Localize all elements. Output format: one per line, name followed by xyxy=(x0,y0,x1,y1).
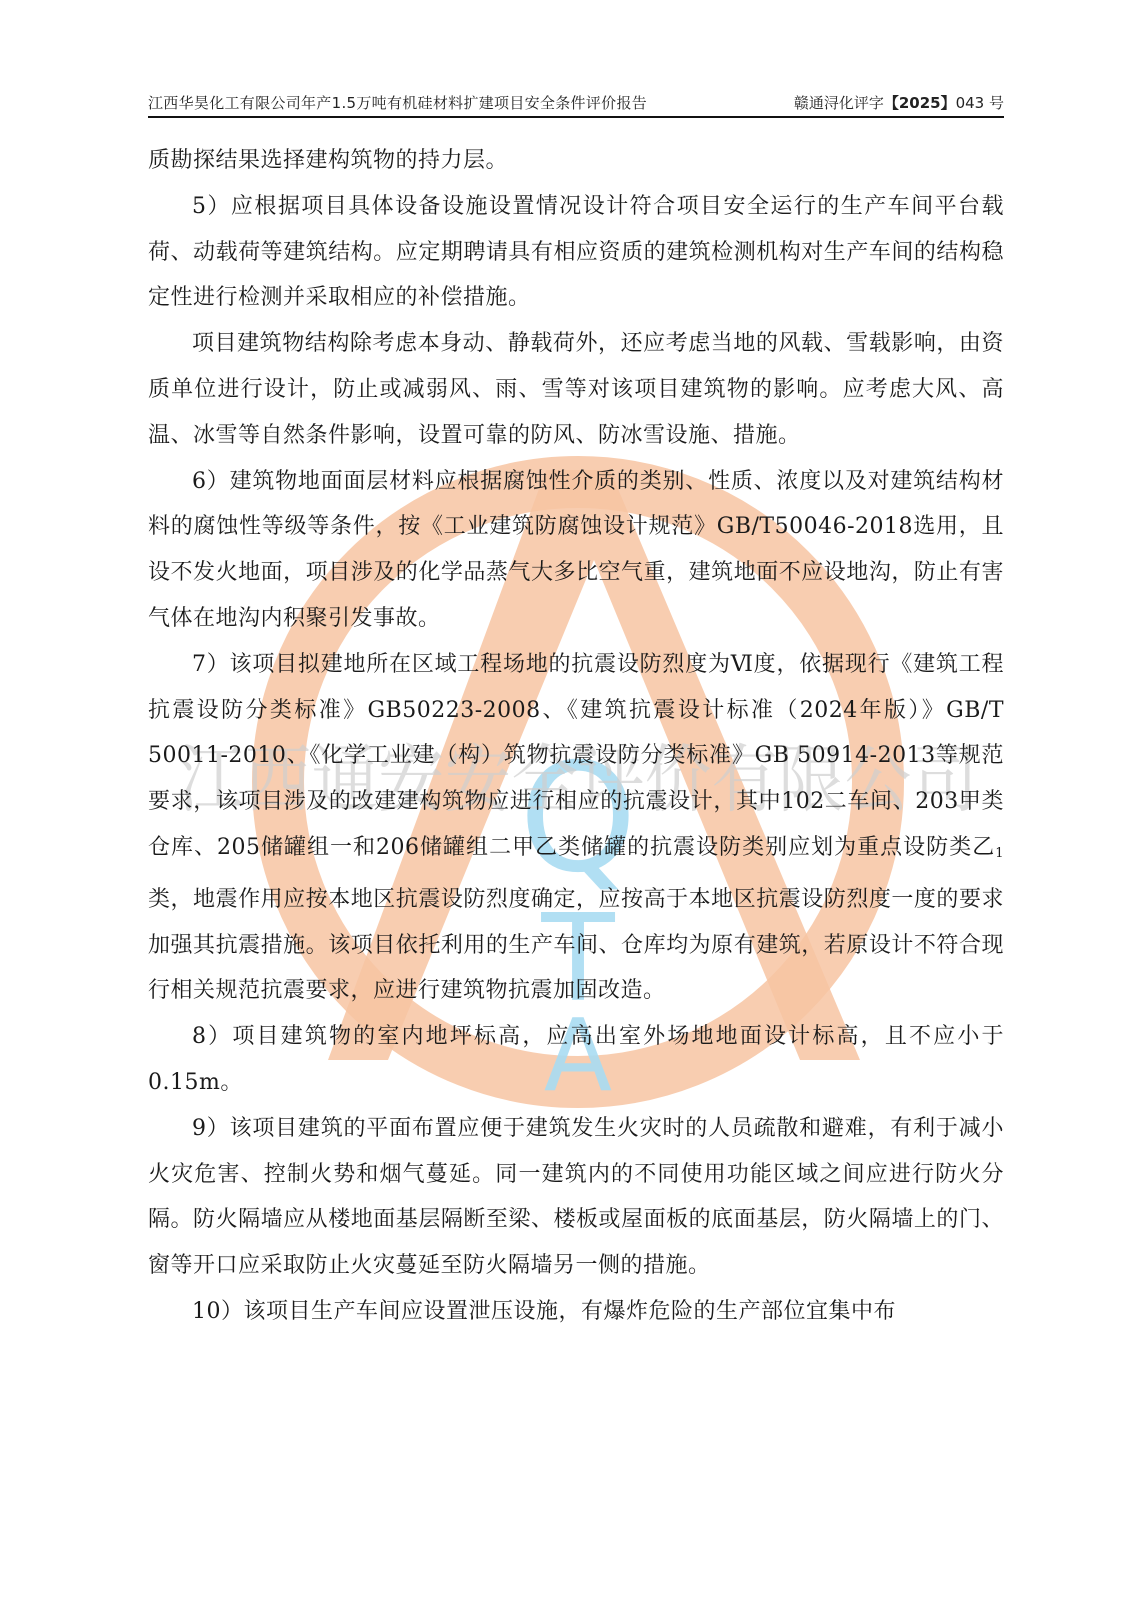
doc-number-prefix: 赣通浔化评字 xyxy=(794,94,884,112)
paragraph-item-10: 10）该项目生产车间应设置泄压设施，有爆炸危险的生产部位宜集中布 xyxy=(148,1289,1004,1335)
item-7-text-a: 7）该项目拟建地所在区域工程场地的抗震设防烈度为Ⅵ度，依据现行《建筑工程抗震设防… xyxy=(148,652,1004,860)
doc-number-year: 【2025】 xyxy=(884,94,956,112)
paragraph-item-6: 6）建筑物地面面层材料应根据腐蚀性介质的类别、性质、浓度以及对建筑结构材料的腐蚀… xyxy=(148,459,1004,642)
paragraph-item-8: 8）项目建筑物的室内地坪标高，应高出室外场地地面设计标高，且不应小于0.15m。 xyxy=(148,1014,1004,1106)
paragraph-item-9: 9）该项目建筑的平面布置应便于建筑发生火灾时的人员疏散和避难，有利于减小火灾危害… xyxy=(148,1106,1004,1289)
document-page: Q T A 江西通安安全评价有限公司 江西华昊化工有限公司年产1.5万吨有机硅材… xyxy=(0,0,1131,1600)
report-title: 江西华昊化工有限公司年产1.5万吨有机硅材料扩建项目安全条件评价报告 xyxy=(148,90,647,116)
item-7-subscript: 1 xyxy=(995,846,1004,861)
running-header: 江西华昊化工有限公司年产1.5万吨有机硅材料扩建项目安全条件评价报告 赣通浔化评… xyxy=(148,90,1004,116)
paragraph-continuation: 质勘探结果选择建构筑物的持力层。 xyxy=(148,138,1004,184)
paragraph-item-7: 7）该项目拟建地所在区域工程场地的抗震设防烈度为Ⅵ度，依据现行《建筑工程抗震设防… xyxy=(148,642,1004,1014)
header-divider xyxy=(148,116,1004,118)
item-7-text-b: 类，地震作用应按本地区抗震设防烈度确定，应按高于本地区抗震设防烈度一度的要求加强… xyxy=(148,887,1004,1004)
paragraph-structure-loads: 项目建筑物结构除考虑本身动、静载荷外，还应考虑当地的风载、雪载影响，由资质单位进… xyxy=(148,321,1004,458)
doc-number-suffix: 043 号 xyxy=(956,94,1004,112)
document-number: 赣通浔化评字【2025】043 号 xyxy=(794,90,1004,116)
paragraph-item-5: 5）应根据项目具体设备设施设置情况设计符合项目安全运行的生产车间平台载荷、动载荷… xyxy=(148,184,1004,321)
body-text: 质勘探结果选择建构筑物的持力层。 5）应根据项目具体设备设施设置情况设计符合项目… xyxy=(148,138,1004,1335)
